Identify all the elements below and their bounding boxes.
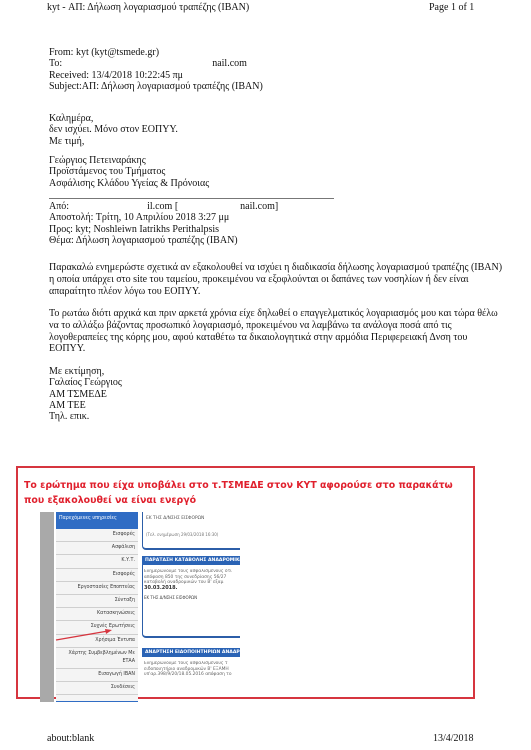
print-header-title: kyt - ΑΠ: Δήλωση λογαριασμού τραπέζης (I… — [47, 2, 249, 13]
print-footer-date: 13/4/2018 — [433, 733, 474, 744]
red-arrow-icon — [54, 628, 114, 642]
quoted-from: Από:il.com [nail.com] — [49, 201, 278, 212]
signature-department: Ασφάλισης Κλάδου Υγείας & Πρόνοιας — [49, 178, 209, 189]
quoted-to: Προς: kyt; Noshleiwn Iatrikhs Perithalps… — [49, 224, 278, 235]
menu-item: Εισφορές — [56, 529, 138, 542]
print-footer-url: about:blank — [47, 733, 94, 744]
menu-item: Ασφάλιση — [56, 542, 138, 555]
reply-body: Καλημέρα, δεν ισχύει. Μόνο στον ΕΟΠΥΥ. Μ… — [49, 113, 178, 147]
closing-name: Γαλαίος Γεώργιος — [49, 377, 122, 388]
print-header-page: Page 1 of 1 — [429, 2, 474, 13]
screenshot-sidebar-menu: Παρεχόμενες υπηρεσίες Εισφορές Ασφάλιση … — [56, 512, 138, 702]
message-closing: Με εκτίμηση, Γαλαίος Γεώργιος ΑΜ ΤΣΜΕΔΕ … — [49, 366, 122, 422]
reply-line: Με τιμή, — [49, 136, 178, 147]
closing-line: Με εκτίμηση, — [49, 366, 122, 377]
body-line: Ενημερώνουμε τους ασφαλισμένους τ — [144, 661, 238, 667]
signature-name: Γεώργιος Πετειναράκης — [49, 155, 209, 166]
news-card-title: ΑΝΑΡΤΗΣΗ ΕΙΔΟΠΟΙΗΤΗΡΙΩΝ ΑΝΑΔΡΟΜΙΚΩΝ — [142, 648, 240, 657]
menu-item: Σύνταξη — [56, 595, 138, 608]
menu-item: Συνδέσεις — [56, 682, 138, 695]
news-card-body: Ενημερώνουμε τους ασφαλισμένους τ ειδοπο… — [144, 661, 238, 678]
body-source: ΕΚ ΤΗΣ Δ/ΝΣΗΣ ΕΙΣΦΟΡΩΝ — [144, 595, 238, 601]
body-line: υπ'αρ.398/9/20/18.05.2016 απόφαση το — [144, 672, 238, 678]
email-received: Received: 13/4/2018 10:22:45 πμ — [49, 70, 263, 81]
body-date: 30.03.2018. — [144, 586, 238, 592]
news-card-title: ΠΑΡΑΤΑΣΗ ΚΑΤΑΒΟΛΗΣ ΑΝΑΔΡΟΜΙΚΩΝ — [142, 556, 240, 565]
menu-item: Κ.Υ.Τ. — [56, 555, 138, 568]
screenshot-news-column: ΕΚ ΤΗΣ Δ/ΝΣΗΣ ΕΙΣΦΟΡΩΝ (Τελ. ενημέρωση 2… — [140, 512, 240, 702]
news-card: ΕΚ ΤΗΣ Δ/ΝΣΗΣ ΕΙΣΦΟΡΩΝ (Τελ. ενημέρωση 2… — [142, 512, 240, 550]
card-updated: (Τελ. ενημέρωση 29/03/2018 16:30) — [146, 532, 218, 537]
signature-title: Προϊστάμενος του Τμήματος — [49, 166, 209, 177]
quoted-subject: Θέμα: Δήλωση λογαριασμού τραπέζης (IBAN) — [49, 235, 278, 246]
menu-item: Κατασκηνώσεις — [56, 608, 138, 621]
quoted-header: Από:il.com [nail.com] Αποστολή: Τρίτη, 1… — [49, 201, 278, 246]
menu-header: Παρεχόμενες υπηρεσίες — [56, 512, 138, 529]
screenshot-gray-strip — [40, 512, 54, 702]
email-to: To:nail.com — [49, 58, 263, 69]
message-paragraph-2: Το ρωτάω διότι αρχικά και πριν αρκετά χρ… — [49, 308, 504, 355]
annotation-text: Το ερώτημα που είχα υποβάλει στο τ.ΤΣΜΕΔ… — [24, 478, 464, 508]
reply-signature: Γεώργιος Πετειναράκης Προϊστάμενος του Τ… — [49, 155, 209, 189]
card-title: ΕΚ ΤΗΣ Δ/ΝΣΗΣ ΕΙΣΦΟΡΩΝ — [146, 516, 204, 521]
quoted-sent: Αποστολή: Τρίτη, 10 Απριλίου 2018 3:27 μ… — [49, 212, 278, 223]
reply-line: Καλημέρα, — [49, 113, 178, 124]
menu-item: Εργοστασίες Εποπτείας — [56, 582, 138, 595]
email-from: From: kyt (kyt@tsmede.gr) — [49, 47, 263, 58]
menu-footer: Πληροφορίες Χρηστών — [56, 701, 138, 702]
body-line: Ενημερώνουμε τους ασφαλισμένους ότι — [144, 569, 238, 575]
closing-phone: Τηλ. επικ. — [49, 411, 122, 422]
menu-item: Χάρτης Συμβεβλημένων Με ΕΤΑΑ — [56, 648, 138, 669]
closing-am-tee: ΑΜ ΤΕΕ — [49, 400, 122, 411]
news-card-body: Ενημερώνουμε τους ασφαλισμένους ότι απόφ… — [144, 569, 238, 601]
quote-divider — [49, 198, 334, 199]
reply-line: δεν ισχύει. Μόνο στον ΕΟΠΥΥ. — [49, 124, 178, 135]
menu-item-iban: Εισαγωγή IBAN — [56, 669, 138, 682]
email-header: From: kyt (kyt@tsmede.gr) To:nail.com Re… — [49, 47, 263, 92]
message-paragraph-1: Παρακαλώ ενημερώστε σχετικά αν εξακολουθ… — [49, 262, 504, 297]
embedded-website-screenshot: Παρεχόμενες υπηρεσίες Εισφορές Ασφάλιση … — [40, 512, 240, 702]
email-subject: Subject:ΑΠ: Δήλωση λογαριασμού τραπέζης … — [49, 81, 263, 92]
menu-item: Εισφορές — [56, 569, 138, 582]
closing-am-tsmede: ΑΜ ΤΣΜΕΔΕ — [49, 389, 122, 400]
